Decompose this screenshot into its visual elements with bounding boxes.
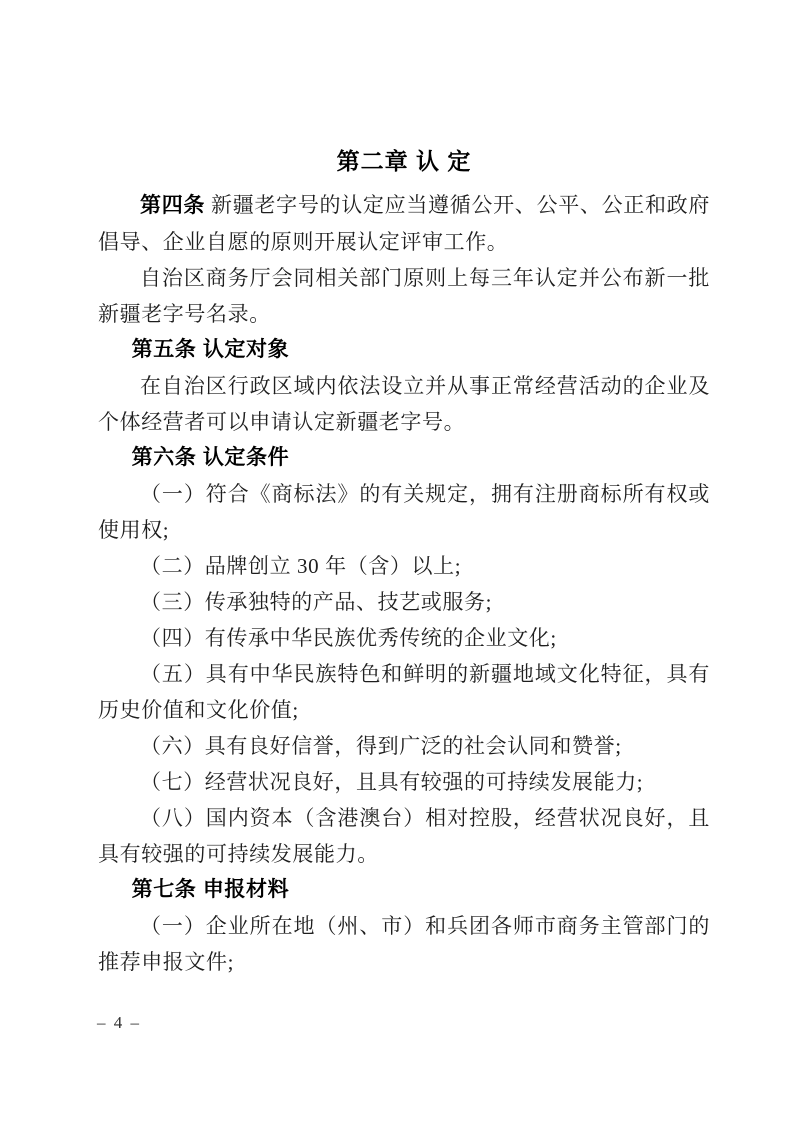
condition-item-5: （五）具有中华民族特色和鲜明的新疆地域文化特征，具有历史价值和文化价值; [98,656,710,728]
heading-article-6: 第六条 认定条件 [98,440,710,476]
article-4-label: 第四条 [140,194,205,217]
condition-item-1: （一）符合《商标法》的有关规定，拥有注册商标所有权或使用权; [98,476,710,548]
condition-item-7: （七）经营状况良好，且具有较强的可持续发展能力; [98,764,710,800]
paragraph-recognition-cycle: 自治区商务厅会同相关部门原则上每三年认定并公布新一批新疆老字号名录。 [98,260,710,332]
paragraph-recognition-target: 在自治区行政区域内依法设立并从事正常经营活动的企业及个体经营者可以申请认定新疆老… [98,368,710,440]
heading-article-7: 第七条 申报材料 [98,872,710,908]
condition-item-6: （六）具有良好信誉，得到广泛的社会认同和赞誉; [98,728,710,764]
chapter-title: 第二章 认 定 [98,148,710,175]
condition-item-2: （二）品牌创立 30 年（含）以上; [98,548,710,584]
page-number: – 4 – [97,1013,141,1033]
condition-item-4: （四）有传承中华民族优秀传统的企业文化; [98,620,710,656]
application-material-item-1: （一）企业所在地（州、市）和兵团各师市商务主管部门的推荐申报文件; [98,908,710,980]
document-page: { "page": { "footer_page_number": "– 4 –… [0,0,793,1122]
document-body: 第二章 认 定 第四条 新疆老字号的认定应当遵循公开、公平、公正和政府倡导、企业… [98,148,710,980]
condition-item-3: （三）传承独特的产品、技艺或服务; [98,584,710,620]
paragraph-article-4: 第四条 新疆老字号的认定应当遵循公开、公平、公正和政府倡导、企业自愿的原则开展认… [98,187,710,260]
condition-item-8: （八）国内资本（含港澳台）相对控股，经营状况良好，且具有较强的可持续发展能力。 [98,800,710,872]
heading-article-5: 第五条 认定对象 [98,332,710,368]
